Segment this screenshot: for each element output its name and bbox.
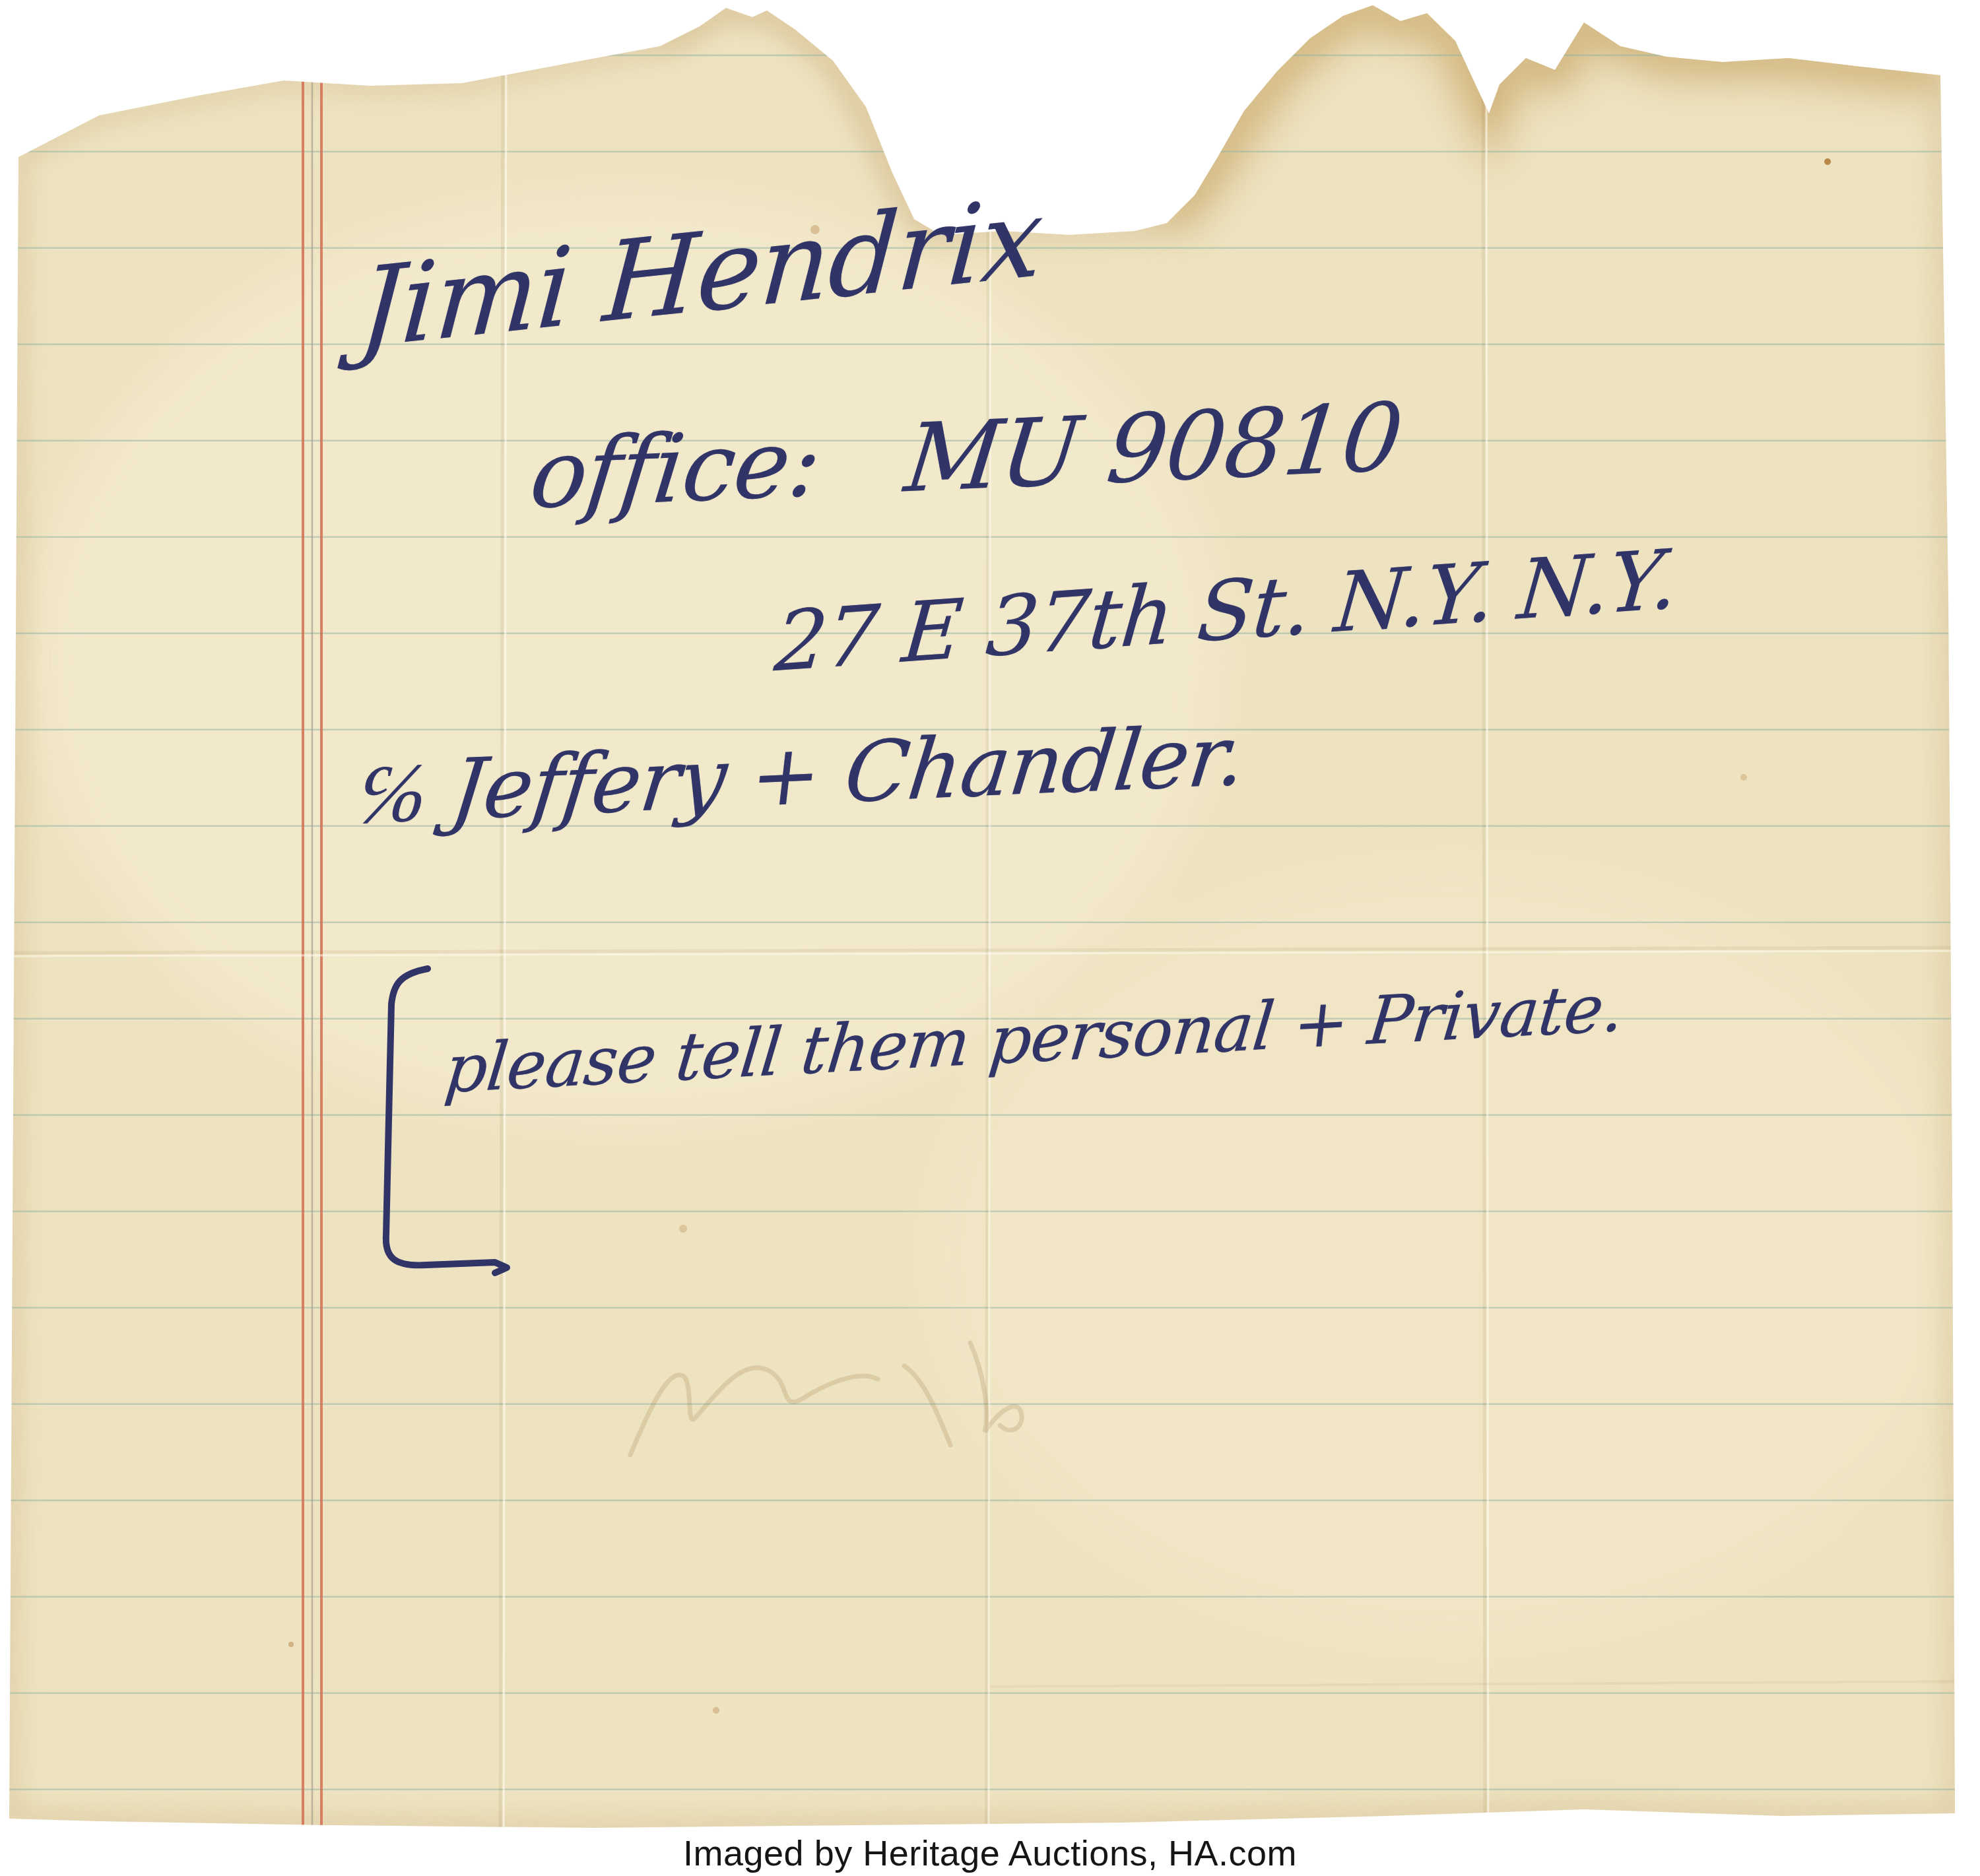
- caption: Imaged by Heritage Auctions, HA.com: [0, 1833, 1980, 1874]
- scanned-note-image: Jimi Hendrix office: MU 90810 27 E 37th …: [0, 0, 1980, 1876]
